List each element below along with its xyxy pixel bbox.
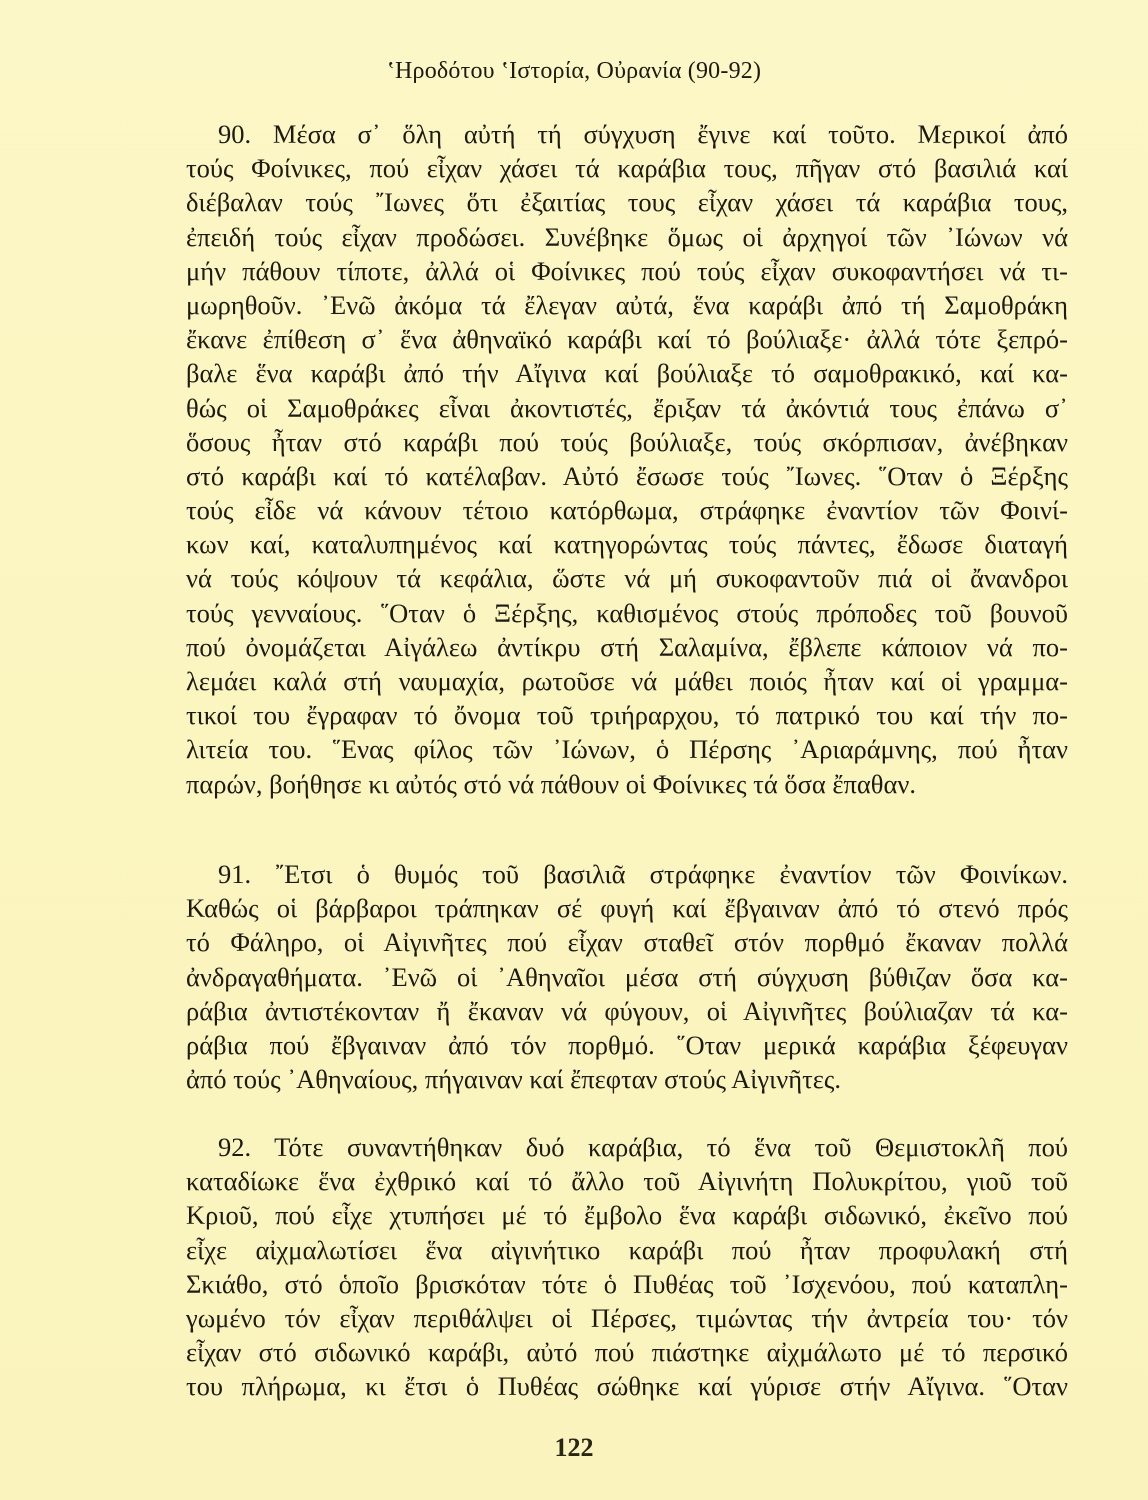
text-line: πού ὀνομάζεται Αἰγάλεω ἀντίκρυ στή Σαλαμ…	[186, 630, 1068, 664]
paragraph-92: 92. Τότε συναντήθηκαν δυό καράβια, τό ἕν…	[186, 1130, 1068, 1404]
text-line: ἔκανε ἐπίθεση σ᾽ ἕνα ἀθηναϊκό καράβι καί…	[186, 322, 1068, 356]
text-line: μήν πάθουν τίποτε, ἀλλά οἱ Φοίνικες πού …	[186, 254, 1068, 288]
text-line: ἀνδραγαθήματα. ᾽Ενῶ οἱ ᾽Αθηναῖοι μέσα στ…	[186, 960, 1068, 994]
text-line: του πλήρωμα, κι ἔτσι ὁ Πυθέας σώθηκε καί…	[186, 1369, 1068, 1403]
text-line: παρών, βοήθησε κι αὐτός στό νά πάθουν οἱ…	[186, 767, 1068, 801]
text-line: ὅσους ἦταν στό καράβι πού τούς βούλιαξε,…	[186, 425, 1068, 459]
text-line: τούς εἶδε νά κάνουν τέτοιο κατόρθωμα, στ…	[186, 493, 1068, 527]
text-line: 90. Μέσα σ᾽ ὅλη αὐτή τή σύγχυση ἔγινε κα…	[186, 117, 1068, 151]
text-line: εἶχε αἰχμαλωτίσει ἕνα αἰγινήτικο καράβι …	[186, 1233, 1068, 1267]
text-line: κων καί, καταλυπημένος καί κατηγορώντας …	[186, 527, 1068, 561]
text-line: Κριοῦ, πού εἶχε χτυπήσει μέ τό ἔμβολο ἕν…	[186, 1198, 1068, 1232]
text-line: 92. Τότε συναντήθηκαν δυό καράβια, τό ἕν…	[186, 1130, 1068, 1164]
text-line: καταδίωκε ἕνα ἐχθρικό καί τό ἄλλο τοῦ Αἰ…	[186, 1164, 1068, 1198]
text-line: βαλε ἕνα καράβι ἀπό τήν Αἴγινα καί βούλι…	[186, 356, 1068, 390]
text-line: ἐπειδή τούς εἶχαν προδώσει. Συνέβηκε ὅμω…	[186, 220, 1068, 254]
text-line: νά τούς κόψουν τά κεφάλια, ὥστε νά μή συ…	[186, 561, 1068, 595]
running-head: ʽΗροδότου ʽΙστορία, Οὐρανία (90-92)	[0, 58, 1148, 85]
text-line: λιτεία του. ῞Ενας φίλος τῶν ᾽Ιώνων, ὁ Πέ…	[186, 732, 1068, 766]
text-line: τικοί του ἔγραφαν τό ὄνομα τοῦ τριήραρχο…	[186, 698, 1068, 732]
text-line: 91. ῎Ετσι ὁ θυμός τοῦ βασιλιᾶ στράφηκε ἐ…	[186, 857, 1068, 891]
text-line: λεμάει καλά στή ναυμαχία, ρωτοῦσε νά μάθ…	[186, 664, 1068, 698]
scanned-book-page: ʽΗροδότου ʽΙστορία, Οὐρανία (90-92) 90. …	[0, 0, 1148, 1500]
text-line: μωρηθοῦν. ᾽Ενῶ ἀκόμα τά ἔλεγαν αὐτά, ἕνα…	[186, 288, 1068, 322]
text-line: ἀπό τούς ᾽Αθηναίους, πήγαιναν καί ἔπεφτα…	[186, 1062, 1068, 1096]
text-line: τούς Φοίνικες, πού εἶχαν χάσει τά καράβι…	[186, 151, 1068, 185]
text-line: τό Φάληρο, οἱ Αἰγινῆτες πού εἶχαν σταθεῖ…	[186, 925, 1068, 959]
text-line: θώς οἱ Σαμοθράκες εἶναι ἀκοντιστές, ἔριξ…	[186, 391, 1068, 425]
text-line: διέβαλαν τούς ῎Ιωνες ὅτι ἐξαιτίας τους ε…	[186, 185, 1068, 219]
page-number: 122	[0, 1433, 1148, 1463]
text-line: τούς γενναίους. ῞Οταν ὁ Ξέρξης, καθισμέν…	[186, 596, 1068, 630]
paragraph-91: 91. ῎Ετσι ὁ θυμός τοῦ βασιλιᾶ στράφηκε ἐ…	[186, 857, 1068, 1096]
text-line: ράβια πού ἔβγαιναν ἀπό τόν πορθμό. ῞Οταν…	[186, 1028, 1068, 1062]
text-line: Καθώς οἱ βάρβαροι τράπηκαν σέ φυγή καί ἔ…	[186, 891, 1068, 925]
paragraph-90: 90. Μέσα σ᾽ ὅλη αὐτή τή σύγχυση ἔγινε κα…	[186, 117, 1068, 801]
text-line: γωμένο τόν εἶχαν περιθάλψει οἱ Πέρσες, τ…	[186, 1301, 1068, 1335]
text-line: εἶχαν στό σιδωνικό καράβι, αὐτό πού πιάσ…	[186, 1335, 1068, 1369]
text-line: Σκιάθο, στό ὁποῖο βρισκόταν τότε ὁ Πυθέα…	[186, 1267, 1068, 1301]
text-line: στό καράβι καί τό κατέλαβαν. Αὐτό ἔσωσε …	[186, 459, 1068, 493]
text-line: ράβια ἀντιστέκονταν ἤ ἔκαναν νά φύγουν, …	[186, 994, 1068, 1028]
